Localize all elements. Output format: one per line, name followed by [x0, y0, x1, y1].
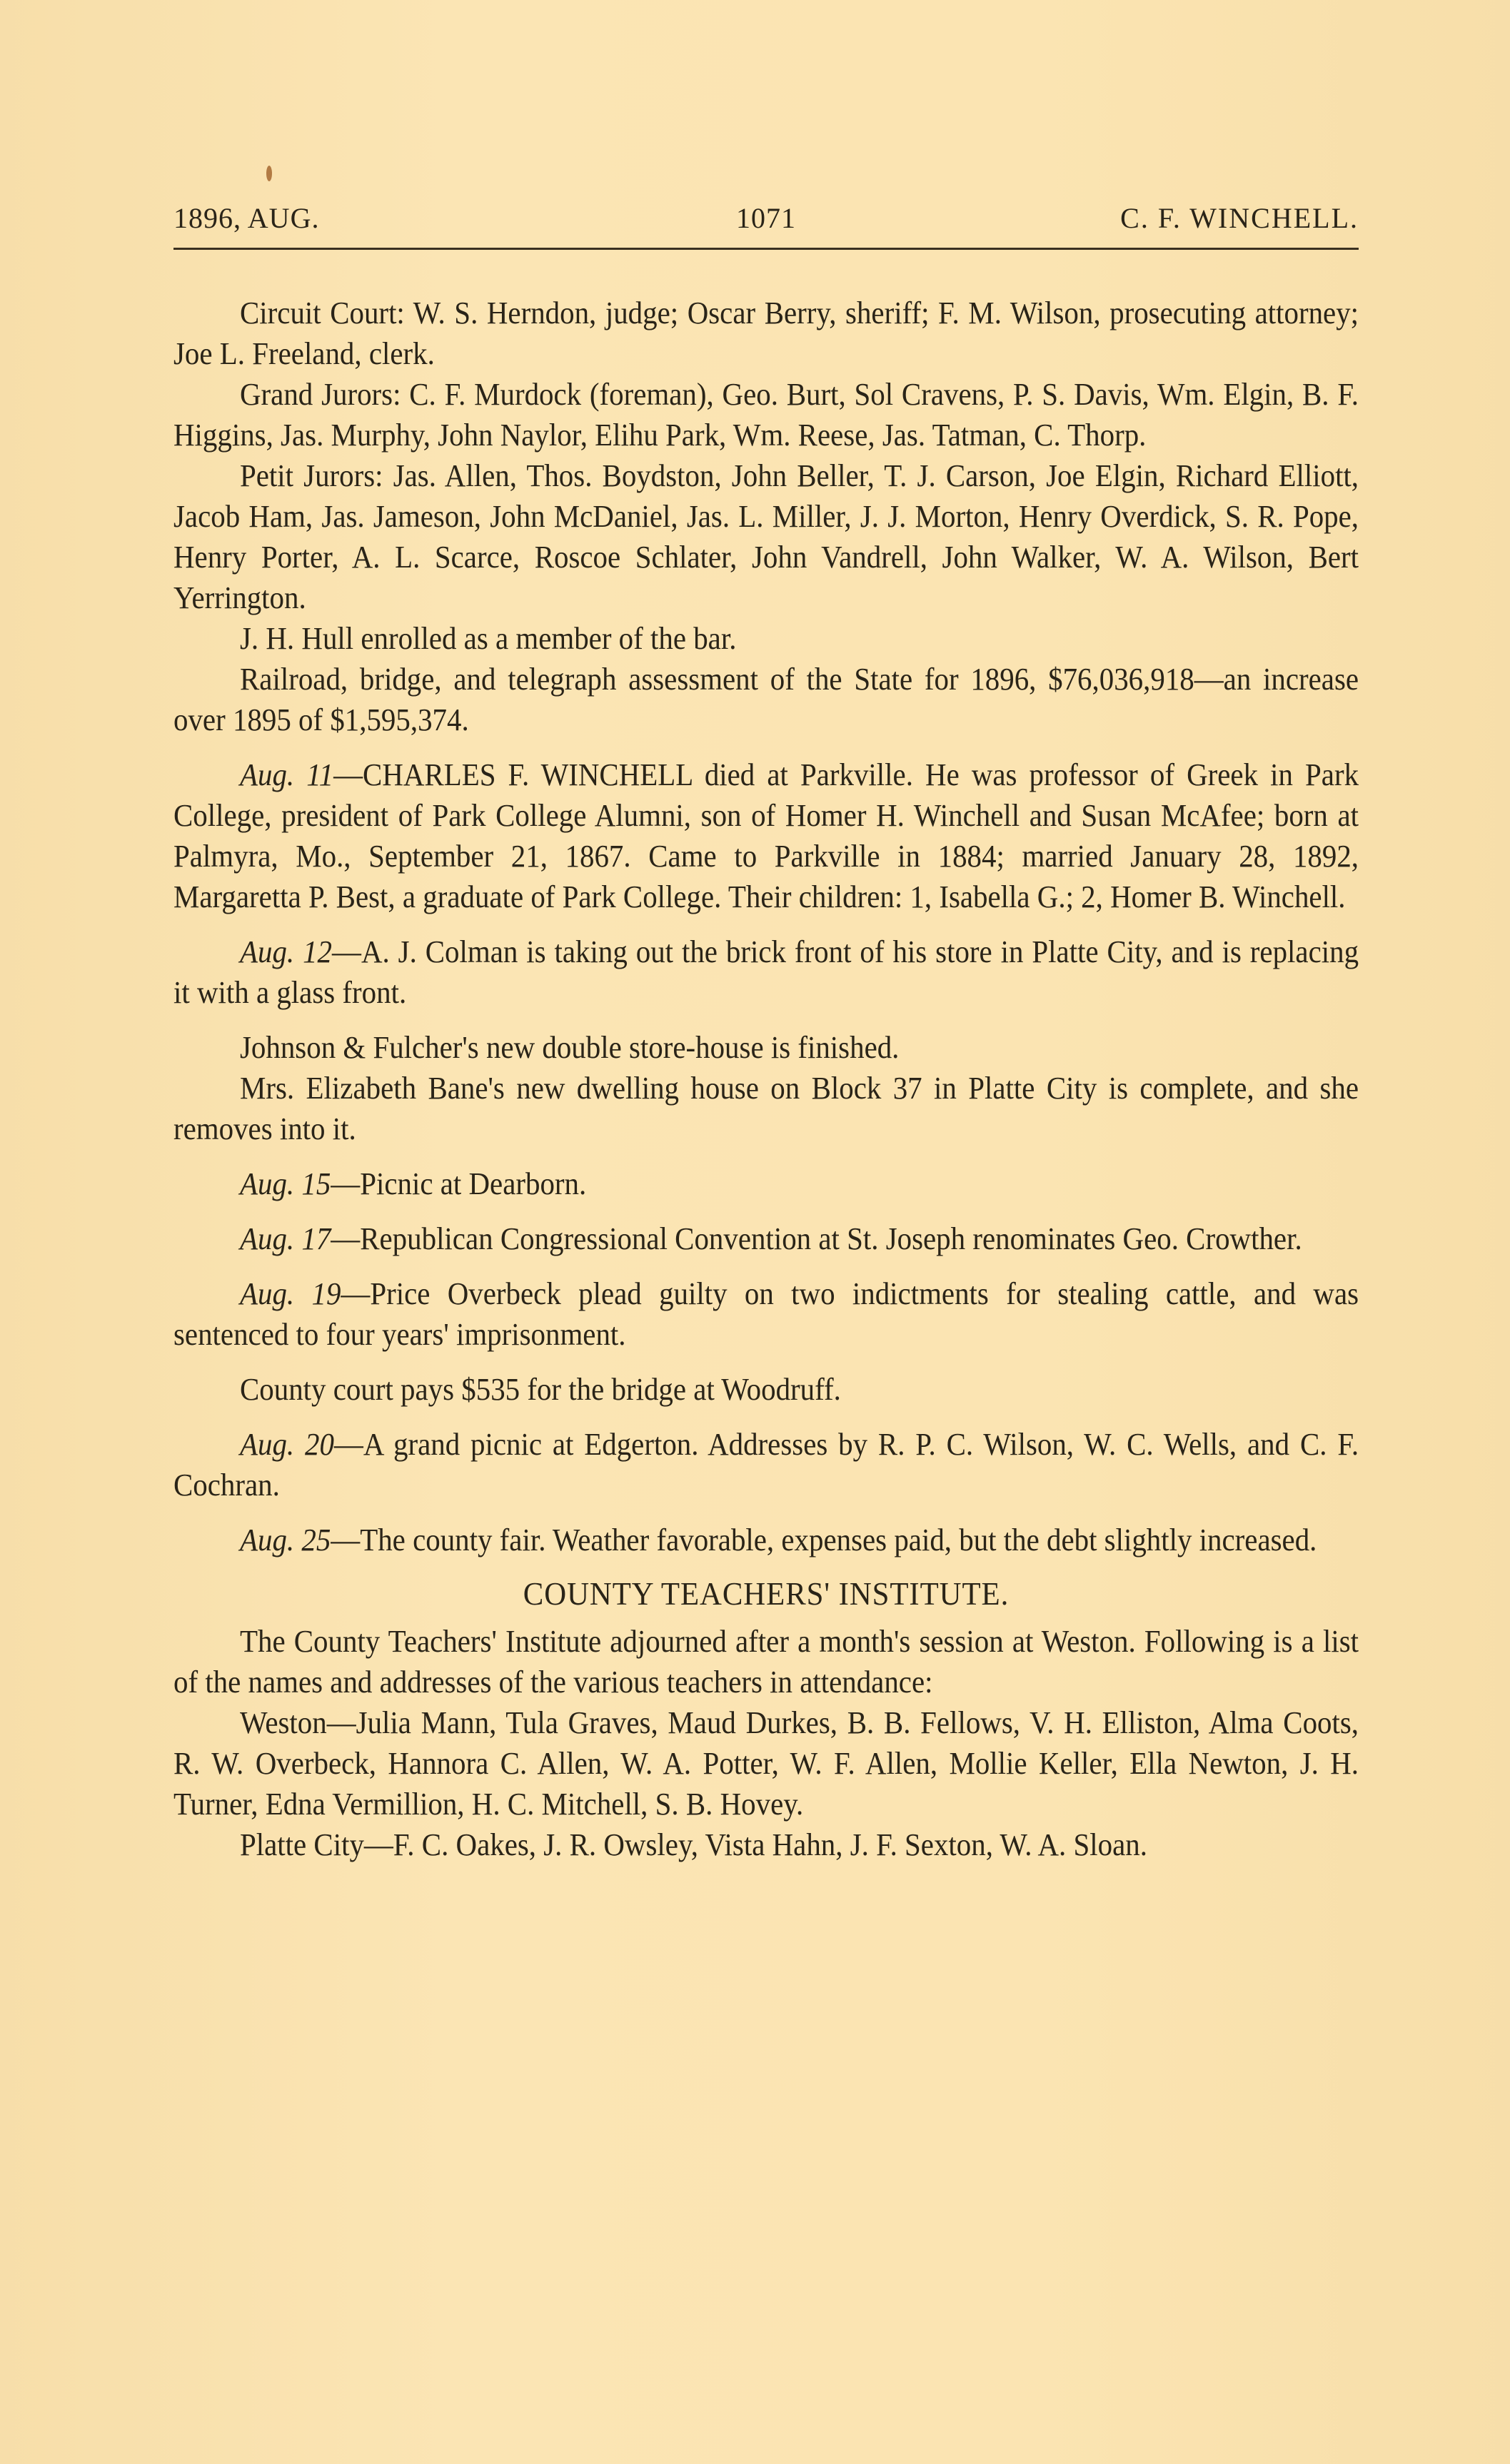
paragraph-dwelling-house: Mrs. Elizabeth Bane's new dwelling house…: [173, 1068, 1359, 1149]
entry-aug-19: Aug. 19—Price Overbeck plead guilty on t…: [173, 1273, 1359, 1355]
paragraph-store-house: Johnson & Fulcher's new double store-hou…: [173, 1027, 1359, 1068]
paragraph-grand-jurors: Grand Jurors: C. F. Murdock (foreman), G…: [173, 374, 1359, 455]
entry-date: Aug. 19: [240, 1276, 341, 1311]
entry-date: Aug. 12: [240, 934, 332, 969]
body-text: Circuit Court: W. S. Herndon, judge; Osc…: [173, 293, 1359, 1865]
paragraph-circuit-court: Circuit Court: W. S. Herndon, judge; Osc…: [173, 293, 1359, 374]
paragraph-platte-city-teachers: Platte City—F. C. Oakes, J. R. Owsley, V…: [173, 1824, 1359, 1865]
entry-date: Aug. 15: [240, 1166, 331, 1201]
entry-date: Aug. 20: [240, 1427, 334, 1462]
ink-spot: [266, 166, 272, 181]
section-heading: COUNTY TEACHERS' INSTITUTE.: [173, 1573, 1359, 1614]
entry-aug-12: Aug. 12—A. J. Colman is taking out the b…: [173, 931, 1359, 1013]
running-head: 1896, AUG. 1071 C. F. WINCHELL.: [173, 201, 1359, 237]
paragraph-weston-teachers: Weston—Julia Mann, Tula Graves, Maud Dur…: [173, 1702, 1359, 1824]
paragraph-institute-intro: The County Teachers' Institute adjourned…: [173, 1621, 1359, 1702]
entry-aug-17: Aug. 17—Republican Congressional Convent…: [173, 1218, 1359, 1259]
paragraph-county-court: County court pays $535 for the bridge at…: [173, 1369, 1359, 1410]
entry-aug-11: Aug. 11—CHARLES F. WINCHELL died at Park…: [173, 754, 1359, 917]
entry-date: Aug. 25: [240, 1523, 331, 1557]
header-rule: [173, 248, 1359, 250]
paragraph-petit-jurors: Petit Jurors: Jas. Allen, Thos. Boydston…: [173, 455, 1359, 618]
entry-aug-25: Aug. 25—The county fair. Weather favorab…: [173, 1520, 1359, 1560]
entry-date: Aug. 11: [240, 757, 333, 792]
running-head-subject: C. F. WINCHELL.: [1120, 201, 1359, 235]
entry-date: Aug. 17: [240, 1221, 331, 1256]
entry-aug-15: Aug. 15—Picnic at Dearborn.: [173, 1163, 1359, 1204]
paragraph-assessment: Railroad, bridge, and telegraph assessme…: [173, 659, 1359, 740]
paragraph-bar-enrollment: J. H. Hull enrolled as a member of the b…: [173, 618, 1359, 659]
entry-aug-20: Aug. 20—A grand picnic at Edgerton. Addr…: [173, 1424, 1359, 1505]
